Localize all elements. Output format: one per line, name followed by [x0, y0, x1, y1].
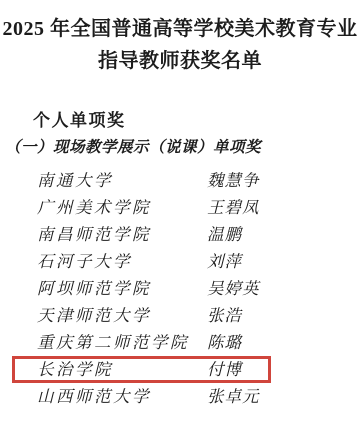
- school-name: 南通大学: [37, 167, 113, 194]
- award-row: 南昌师范学院 温鹏: [0, 221, 360, 248]
- school-name: 广州美术学院: [37, 194, 151, 221]
- title-line-1: 2025 年全国普通高等学校美术教育专业: [0, 13, 360, 45]
- school-name: 长治学院: [37, 356, 113, 383]
- school-name: 南昌师范学院: [37, 221, 151, 248]
- title-line-2: 指导教师获奖名单: [0, 45, 360, 77]
- school-name: 阿坝师范学院: [37, 275, 151, 302]
- school-name: 天津师范大学: [37, 302, 151, 329]
- school-name: 重庆第二师范学院: [37, 329, 189, 356]
- award-row: 天津师范大学 张浩: [0, 302, 360, 329]
- award-row: 广州美术学院 王碧凤: [0, 194, 360, 221]
- winner-name: 魏慧争: [207, 167, 260, 194]
- section-heading-individual-awards: 个人单项奖: [33, 106, 126, 131]
- winner-name: 付博: [207, 356, 242, 383]
- school-name: 石河子大学: [37, 248, 132, 275]
- award-document: 2025 年全国普通高等学校美术教育专业 指导教师获奖名单 个人单项奖 （一）现…: [0, 0, 360, 423]
- winner-name: 张浩: [207, 302, 242, 329]
- winner-name: 吴婷英: [207, 275, 260, 302]
- award-row: 重庆第二师范学院 陈璐: [0, 329, 360, 356]
- document-title: 2025 年全国普通高等学校美术教育专业 指导教师获奖名单: [0, 13, 360, 77]
- award-row: 石河子大学 刘萍: [0, 248, 360, 275]
- winner-name: 王碧凤: [207, 194, 260, 221]
- winner-name: 张卓元: [207, 383, 260, 410]
- award-row: 阿坝师范学院 吴婷英: [0, 275, 360, 302]
- winner-name: 温鹏: [207, 221, 242, 248]
- subsection-heading-teaching-demo: （一）现场教学展示（说课）单项奖: [5, 135, 261, 157]
- winner-name: 刘萍: [207, 248, 242, 275]
- award-row: 南通大学 魏慧争: [0, 167, 360, 194]
- award-list: 南通大学 魏慧争 广州美术学院 王碧凤 南昌师范学院 温鹏 石河子大学 刘萍 阿…: [0, 167, 360, 410]
- award-row-highlighted: 长治学院 付博: [0, 356, 360, 383]
- winner-name: 陈璐: [207, 329, 242, 356]
- school-name: 山西师范大学: [37, 383, 151, 410]
- award-row: 山西师范大学 张卓元: [0, 383, 360, 410]
